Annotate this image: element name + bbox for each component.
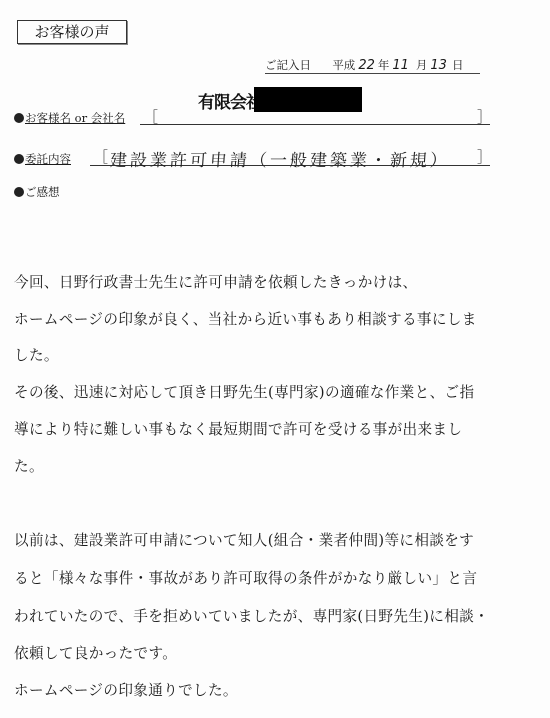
comment-line: 導により特に難しい事もなく最短期間で許可を受ける事が出来まし: [14, 421, 462, 439]
bracket-close: ］: [477, 149, 492, 165]
customer-name-label: お客様名 or 会社名: [25, 111, 125, 125]
comment-line: 今回、日野行政書士先生に許可申請を依頼したきっかけは、: [14, 274, 417, 292]
request-row: 委託内容: [14, 151, 71, 167]
bullet-icon: [14, 154, 24, 164]
date-year-unit: 年: [378, 58, 390, 73]
bullet-icon: [14, 113, 24, 123]
page-title: お客様の声: [17, 20, 127, 44]
bullet-icon: [14, 187, 24, 197]
date-day: 13: [430, 58, 447, 73]
comment-line: ると「様々な事件・事故があり許可取得の条件がかなり厳しい」と言: [14, 570, 477, 588]
customer-name-field: [140, 108, 490, 125]
customer-testimonial-page: お客様の声 ご記入日 平成22年11月13日 有限会社 お客様名 or 会社名 …: [0, 0, 550, 718]
date-month: 11: [392, 58, 409, 73]
comment-line: われていたので、手を拒めいていましたが、専門家(日野先生)に相談・: [14, 608, 489, 626]
comment-line: その後、迅速に対応して頂き日野先生(専門家)の適確な作業と、ご指: [14, 384, 474, 402]
comment-line: 以前は、建設業許可申請について知人(組合・業者仲間)等に相談をす: [14, 532, 474, 550]
comment-line: 依頼して良かったです。: [14, 645, 177, 663]
request-label: 委託内容: [25, 152, 71, 166]
comment-line: た。: [14, 458, 44, 476]
bracket-open: ［: [93, 149, 108, 165]
comment-line: した。: [14, 347, 59, 365]
impressions-row: ご感想: [14, 184, 60, 200]
entry-date: ご記入日 平成22年11月13日: [265, 58, 480, 74]
date-day-unit: 日: [452, 58, 464, 73]
impressions-label: ご感想: [25, 185, 60, 199]
comment-line: ホームページの印象が良く、当社から近い事もあり相談する事にしま: [14, 311, 477, 329]
date-label: ご記入日: [265, 58, 311, 73]
date-month-unit: 月: [416, 58, 428, 73]
date-year: 22: [358, 58, 375, 73]
date-era: 平成: [332, 58, 355, 73]
customer-name-row: お客様名 or 会社名: [14, 110, 125, 126]
bracket-open: ［: [143, 109, 158, 125]
comment-line: ホームページの印象通りでした。: [14, 682, 238, 700]
request-value: 建設業許可申請（一般建築業・新規）: [109, 146, 451, 171]
bracket-close: ］: [477, 109, 492, 125]
